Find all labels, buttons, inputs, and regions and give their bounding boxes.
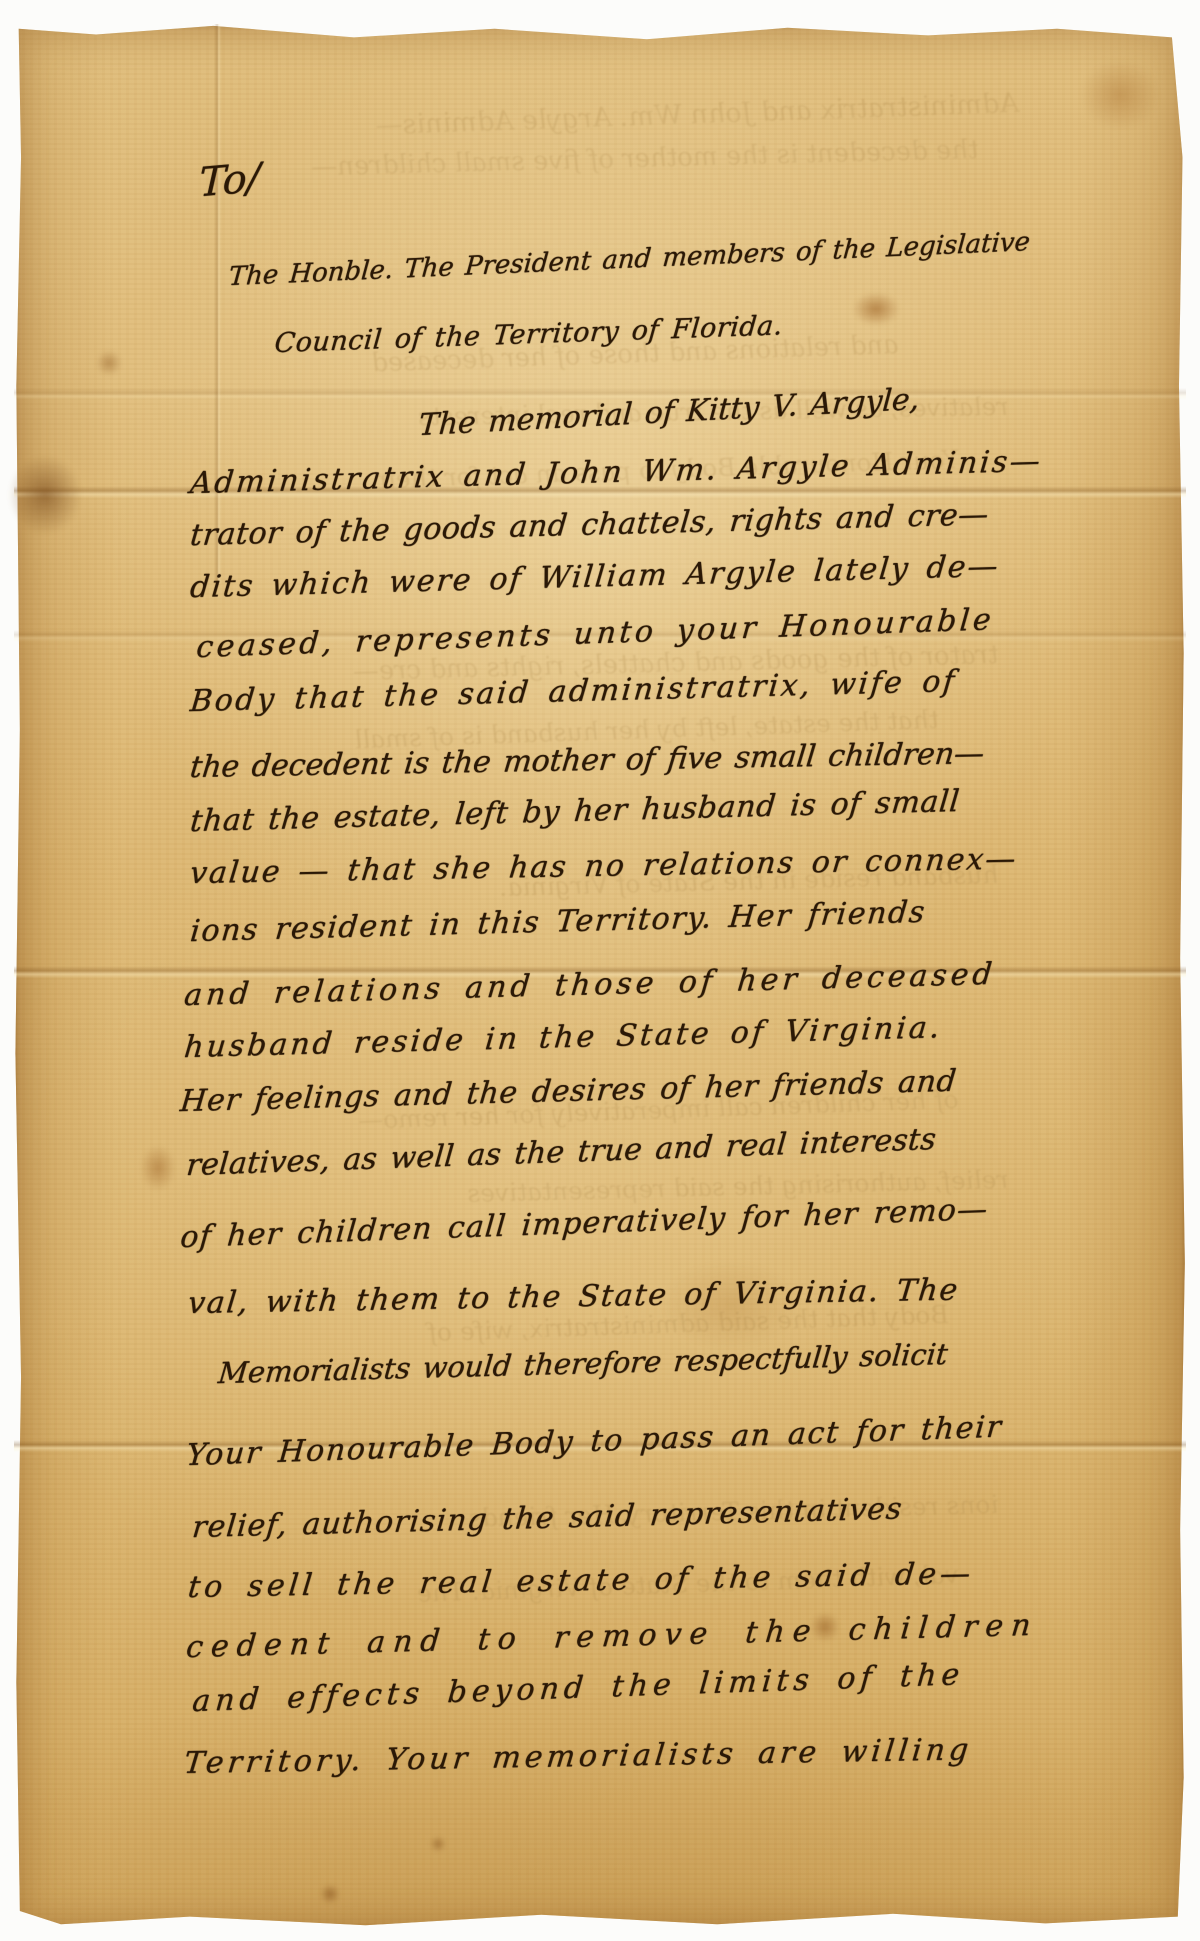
scanned-document: Administratrix and John Wm. Argyle Admin…	[0, 0, 1200, 1941]
manuscript-line-1: To/	[198, 155, 261, 207]
